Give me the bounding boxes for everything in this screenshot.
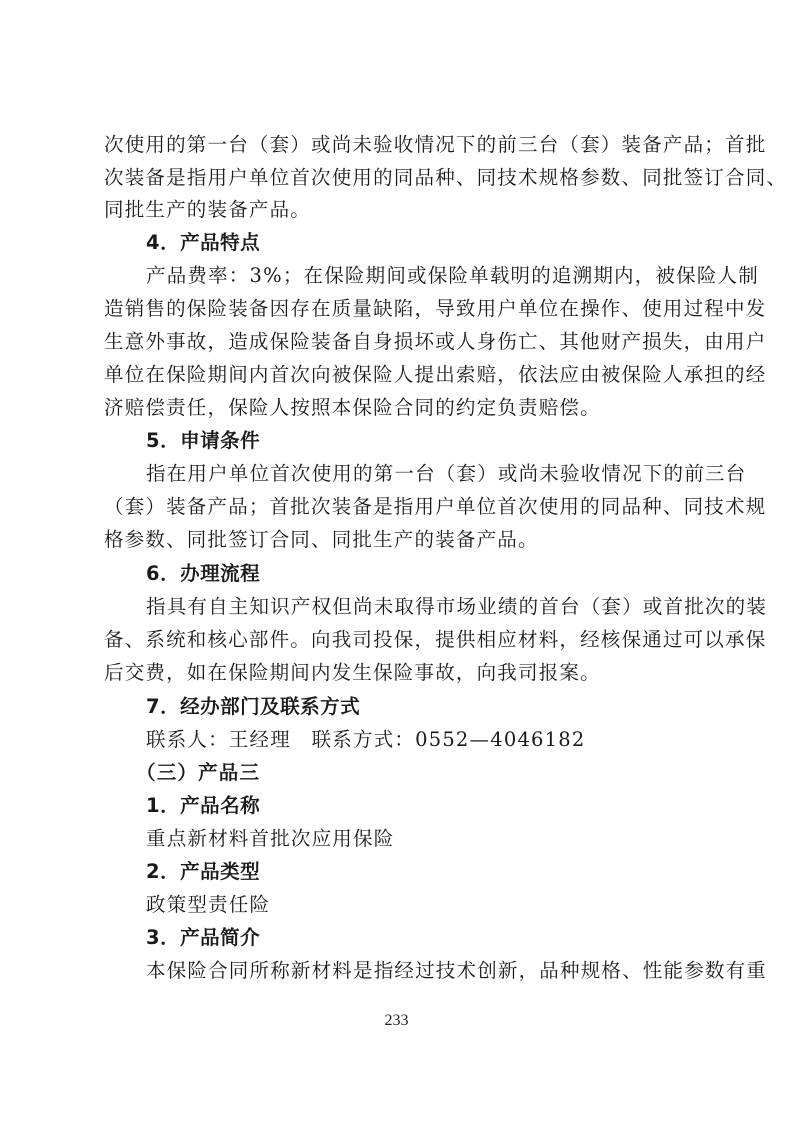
document-page: 次使用的第一台（套）或尚未验收情况下的前三台（套）装备产品；首批 次装备是指用户… [0,0,793,1122]
contact-info: 联系人：王经理 联系方式：0552—4046182 [146,728,746,752]
product-name-value: 重点新材料首批次应用保险 [146,827,746,851]
heading-product-name: 1．产品名称 [146,794,746,818]
heading-product-intro: 3．产品简介 [146,926,746,950]
heading-product-features: 4．产品特点 [146,231,746,255]
paragraph-line: 单位在保险期间内首次向被保险人提出索赔，依法应由被保险人承担的经 [104,363,704,387]
heading-application-conditions: 5．申请条件 [146,429,746,453]
paragraph-line: 格参数、同批签订合同、同批生产的装备产品。 [104,528,704,552]
paragraph-line: 后交费，如在保险期间内发生保险事故，向我司报案。 [104,661,704,685]
product-type-value: 政策型责任险 [146,893,746,917]
paragraph-line: 同批生产的装备产品。 [104,198,704,222]
paragraph-line: 指在用户单位首次使用的第一台（套）或尚未验收情况下的前三台 [146,462,746,486]
paragraph-line: 济赔偿责任，保险人按照本保险合同的约定负责赔偿。 [104,396,704,420]
paragraph-line: （套）装备产品；首批次装备是指用户单位首次使用的同品种、同技术规 [104,495,704,519]
paragraph-line: 产品费率：3%；在保险期间或保险单载明的追溯期内，被保险人制 [146,264,746,288]
heading-process: 6．办理流程 [146,562,746,586]
paragraph-line: 备、系统和核心部件。向我司投保，提供相应材料，经核保通过可以承保 [104,628,704,652]
paragraph-line: 次使用的第一台（套）或尚未验收情况下的前三台（套）装备产品；首批 [104,133,704,157]
paragraph-line: 造销售的保险装备因存在质量缺陷，导致用户单位在操作、使用过程中发 [104,297,704,321]
paragraph-line: 生意外事故，造成保险装备自身损坏或人身伤亡、其他财产损失，由用户 [104,330,704,354]
paragraph-line: 本保险合同所称新材料是指经过技术创新，品种规格、性能参数有重 [146,959,746,983]
paragraph-line: 次装备是指用户单位首次使用的同品种、同技术规格参数、同批签订合同、 [104,166,704,190]
page-number: 233 [0,1012,793,1030]
section-title-product-3: （三）产品三 [136,761,736,785]
heading-product-type: 2．产品类型 [146,860,746,884]
heading-contact: 7．经办部门及联系方式 [146,695,746,719]
paragraph-line: 指具有自主知识产权但尚未取得市场业绩的首台（套）或首批次的装 [146,595,746,619]
